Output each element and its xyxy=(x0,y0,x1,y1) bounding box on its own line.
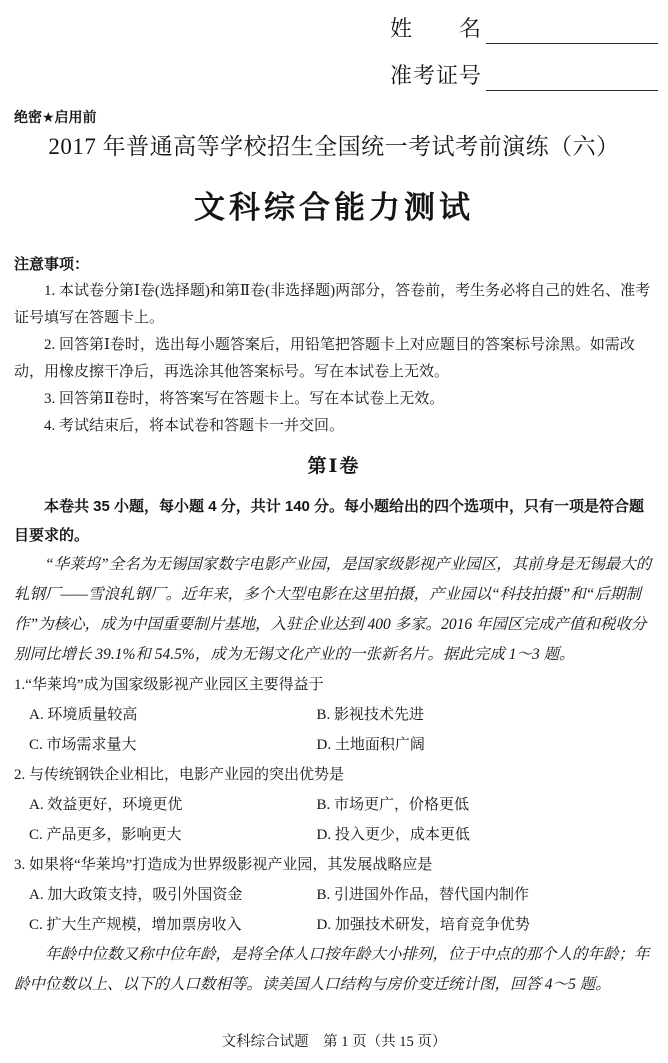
question-3: 3. 如果将“华莱坞”打造成为世界级影视产业园，其发展战略应是 A. 加大政策支… xyxy=(14,850,654,940)
admission-number-blank-line xyxy=(486,63,658,91)
notice-item: 2. 回答第Ⅰ卷时，选出每小题答案后，用铅笔把答题卡上对应题目的答案标号涂黑。如… xyxy=(14,332,654,386)
option-a: A. 加大政策支持，吸引外国资金 xyxy=(29,880,317,910)
option-a: A. 环境质量较高 xyxy=(29,700,317,730)
section-title: 第Ⅰ卷 xyxy=(0,452,668,482)
page-footer: 文科综合试题 第 1 页（共 15 页） xyxy=(0,1030,668,1051)
option-d: D. 投入更少，成本更低 xyxy=(317,820,655,850)
option-c: C. 市场需求量大 xyxy=(29,730,317,760)
secrecy-notice: 绝密★启用前 xyxy=(14,108,668,126)
exam-paper-page: 姓 名 准考证号 绝密★启用前 2017 年普通高等学校招生全国统一考试考前演练… xyxy=(0,0,668,1063)
question-2-options: A. 效益更好，环境更优 B. 市场更广，价格更低 C. 产品更多，影响更大 D… xyxy=(14,790,654,850)
admission-number-field-row: 准考证号 xyxy=(390,61,658,91)
paper-title: 文科综合能力测试 xyxy=(0,189,668,227)
name-field-label: 姓 名 xyxy=(390,14,482,44)
notice-item: 4. 考试结束后，将本试卷和答题卡一并交回。 xyxy=(14,413,654,440)
notice-heading: 注意事项： xyxy=(14,251,654,278)
option-b: B. 影视技术先进 xyxy=(317,700,655,730)
question-3-stem: 3. 如果将“华莱坞”打造成为世界级影视产业园，其发展战略应是 xyxy=(14,850,654,880)
passage-2: 年龄中位数又称中位年龄，是将全体人口按年龄大小排列，位于中点的那个人的年龄；年龄… xyxy=(14,940,654,1000)
notice-item: 1. 本试卷分第Ⅰ卷(选择题)和第Ⅱ卷(非选择题)两部分，答卷前，考生务必将自己… xyxy=(14,278,654,332)
question-3-options: A. 加大政策支持，吸引外国资金 B. 引进国外作品，替代国内制作 C. 扩大生… xyxy=(14,880,654,940)
notice-item: 3. 回答第Ⅱ卷时，将答案写在答题卡上。写在本试卷上无效。 xyxy=(14,386,654,413)
question-1-options: A. 环境质量较高 B. 影视技术先进 C. 市场需求量大 D. 土地面积广阔 xyxy=(14,700,654,760)
question-1: 1.“华莱坞”成为国家级影视产业园区主要得益于 A. 环境质量较高 B. 影视技… xyxy=(14,670,654,760)
option-d: D. 加强技术研发，培育竞争优势 xyxy=(317,910,655,940)
question-1-stem: 1.“华莱坞”成为国家级影视产业园区主要得益于 xyxy=(14,670,654,700)
notice-section: 注意事项： 1. 本试卷分第Ⅰ卷(选择题)和第Ⅱ卷(非选择题)两部分，答卷前，考… xyxy=(14,251,654,440)
name-blank-line xyxy=(486,16,658,44)
admission-number-field-label: 准考证号 xyxy=(390,61,482,91)
option-d: D. 土地面积广阔 xyxy=(317,730,655,760)
option-c: C. 扩大生产规模，增加票房收入 xyxy=(29,910,317,940)
candidate-info-block: 姓 名 准考证号 xyxy=(390,14,658,91)
name-field-row: 姓 名 xyxy=(390,14,658,44)
passage-1: “华莱坞”全名为无锡国家数字电影产业园，是国家级影视产业园区，其前身是无锡最大的… xyxy=(14,550,654,670)
section-instructions: 本卷共 35 小题，每小题 4 分，共计 140 分。每小题给出的四个选项中，只… xyxy=(14,492,654,550)
question-2-stem: 2. 与传统钢铁企业相比，电影产业园的突出优势是 xyxy=(14,760,654,790)
option-b: B. 市场更广，价格更低 xyxy=(317,790,655,820)
option-b: B. 引进国外作品，替代国内制作 xyxy=(317,880,655,910)
exam-session-title: 2017 年普通高等学校招生全国统一考试考前演练（六） xyxy=(0,131,668,163)
option-c: C. 产品更多，影响更大 xyxy=(29,820,317,850)
option-a: A. 效益更好，环境更优 xyxy=(29,790,317,820)
question-2: 2. 与传统钢铁企业相比，电影产业园的突出优势是 A. 效益更好，环境更优 B.… xyxy=(14,760,654,850)
